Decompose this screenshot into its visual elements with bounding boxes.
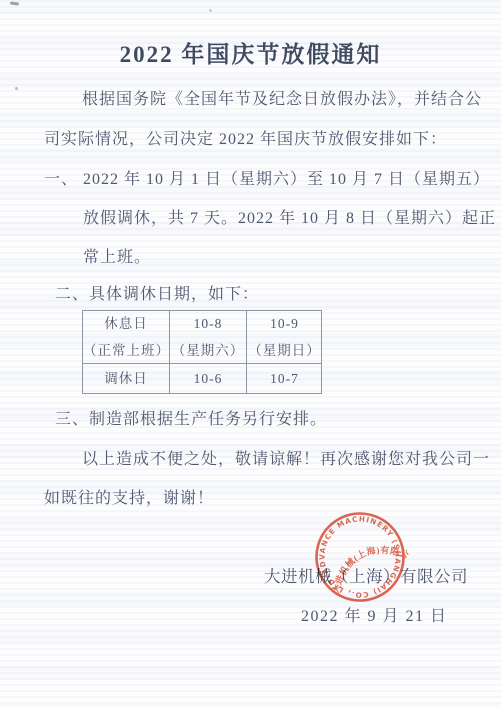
table-cell-rest-day-1: 10-8 （星期六） bbox=[170, 311, 247, 364]
item-3-line: 三、制造部根据生产任务另行安排。 bbox=[55, 406, 327, 429]
scan-artifact bbox=[209, 9, 212, 12]
holiday-adjustment-table: 休息日 （正常上班） 10-8 （星期六） 10-9 （星期日） 调休日 10-… bbox=[82, 310, 322, 394]
intro-paragraph-line-1: 根据国务院《全国年节及纪念日放假办法》，并结合公 bbox=[82, 86, 482, 109]
intro-paragraph-line-2: 司实际情况，公司决定 2022 年国庆节放假安排如下： bbox=[44, 126, 447, 149]
seal-english-ring-text: ADVANCE MACHINERY (SHANGHAI) CO., LTD. bbox=[302, 499, 418, 615]
page-title: 2022 年国庆节放假通知 bbox=[0, 36, 501, 69]
scanned-notice-page: 2022 年国庆节放假通知 根据国务院《全国年节及纪念日放假办法》，并结合公 司… bbox=[0, 0, 501, 707]
table-cell-swap-day-2: 10-7 bbox=[247, 364, 322, 393]
table-cell-swap-day-1: 10-6 bbox=[170, 364, 247, 393]
scan-artifact bbox=[10, 1, 19, 5]
seal-chinese-arc-text: 大进机械(上海)有限公司 bbox=[295, 492, 414, 615]
table-cell-rest-day-2: 10-9 （星期日） bbox=[247, 311, 322, 364]
closing-line-1: 以上造成不便之处，敬请谅解！再次感谢您对我公司一 bbox=[82, 446, 490, 469]
company-signature: 大进机械（上海）有限公司 bbox=[264, 563, 468, 587]
table-cell-swap-day-label: 调休日 bbox=[83, 364, 170, 393]
seal-ring bbox=[301, 498, 420, 617]
closing-line-2: 如既往的支持，谢谢！ bbox=[44, 485, 214, 508]
item-1-line-3: 常上班。 bbox=[83, 244, 151, 267]
signature-date: 2022 年 9 月 21 日 bbox=[301, 603, 448, 626]
item-1-line-2: 放假调休，共 7 天。2022 年 10 月 8 日（星期六）起正 bbox=[83, 205, 496, 228]
scan-artifact bbox=[15, 87, 18, 90]
item-2-heading: 二、具体调休日期，如下： bbox=[55, 281, 259, 304]
table-cell-rest-day-label: 休息日 （正常上班） bbox=[83, 311, 170, 364]
item-1-line-1: 一、 2022 年 10 月 1 日（星期六）至 10 月 7 日（星期五） bbox=[44, 166, 490, 189]
